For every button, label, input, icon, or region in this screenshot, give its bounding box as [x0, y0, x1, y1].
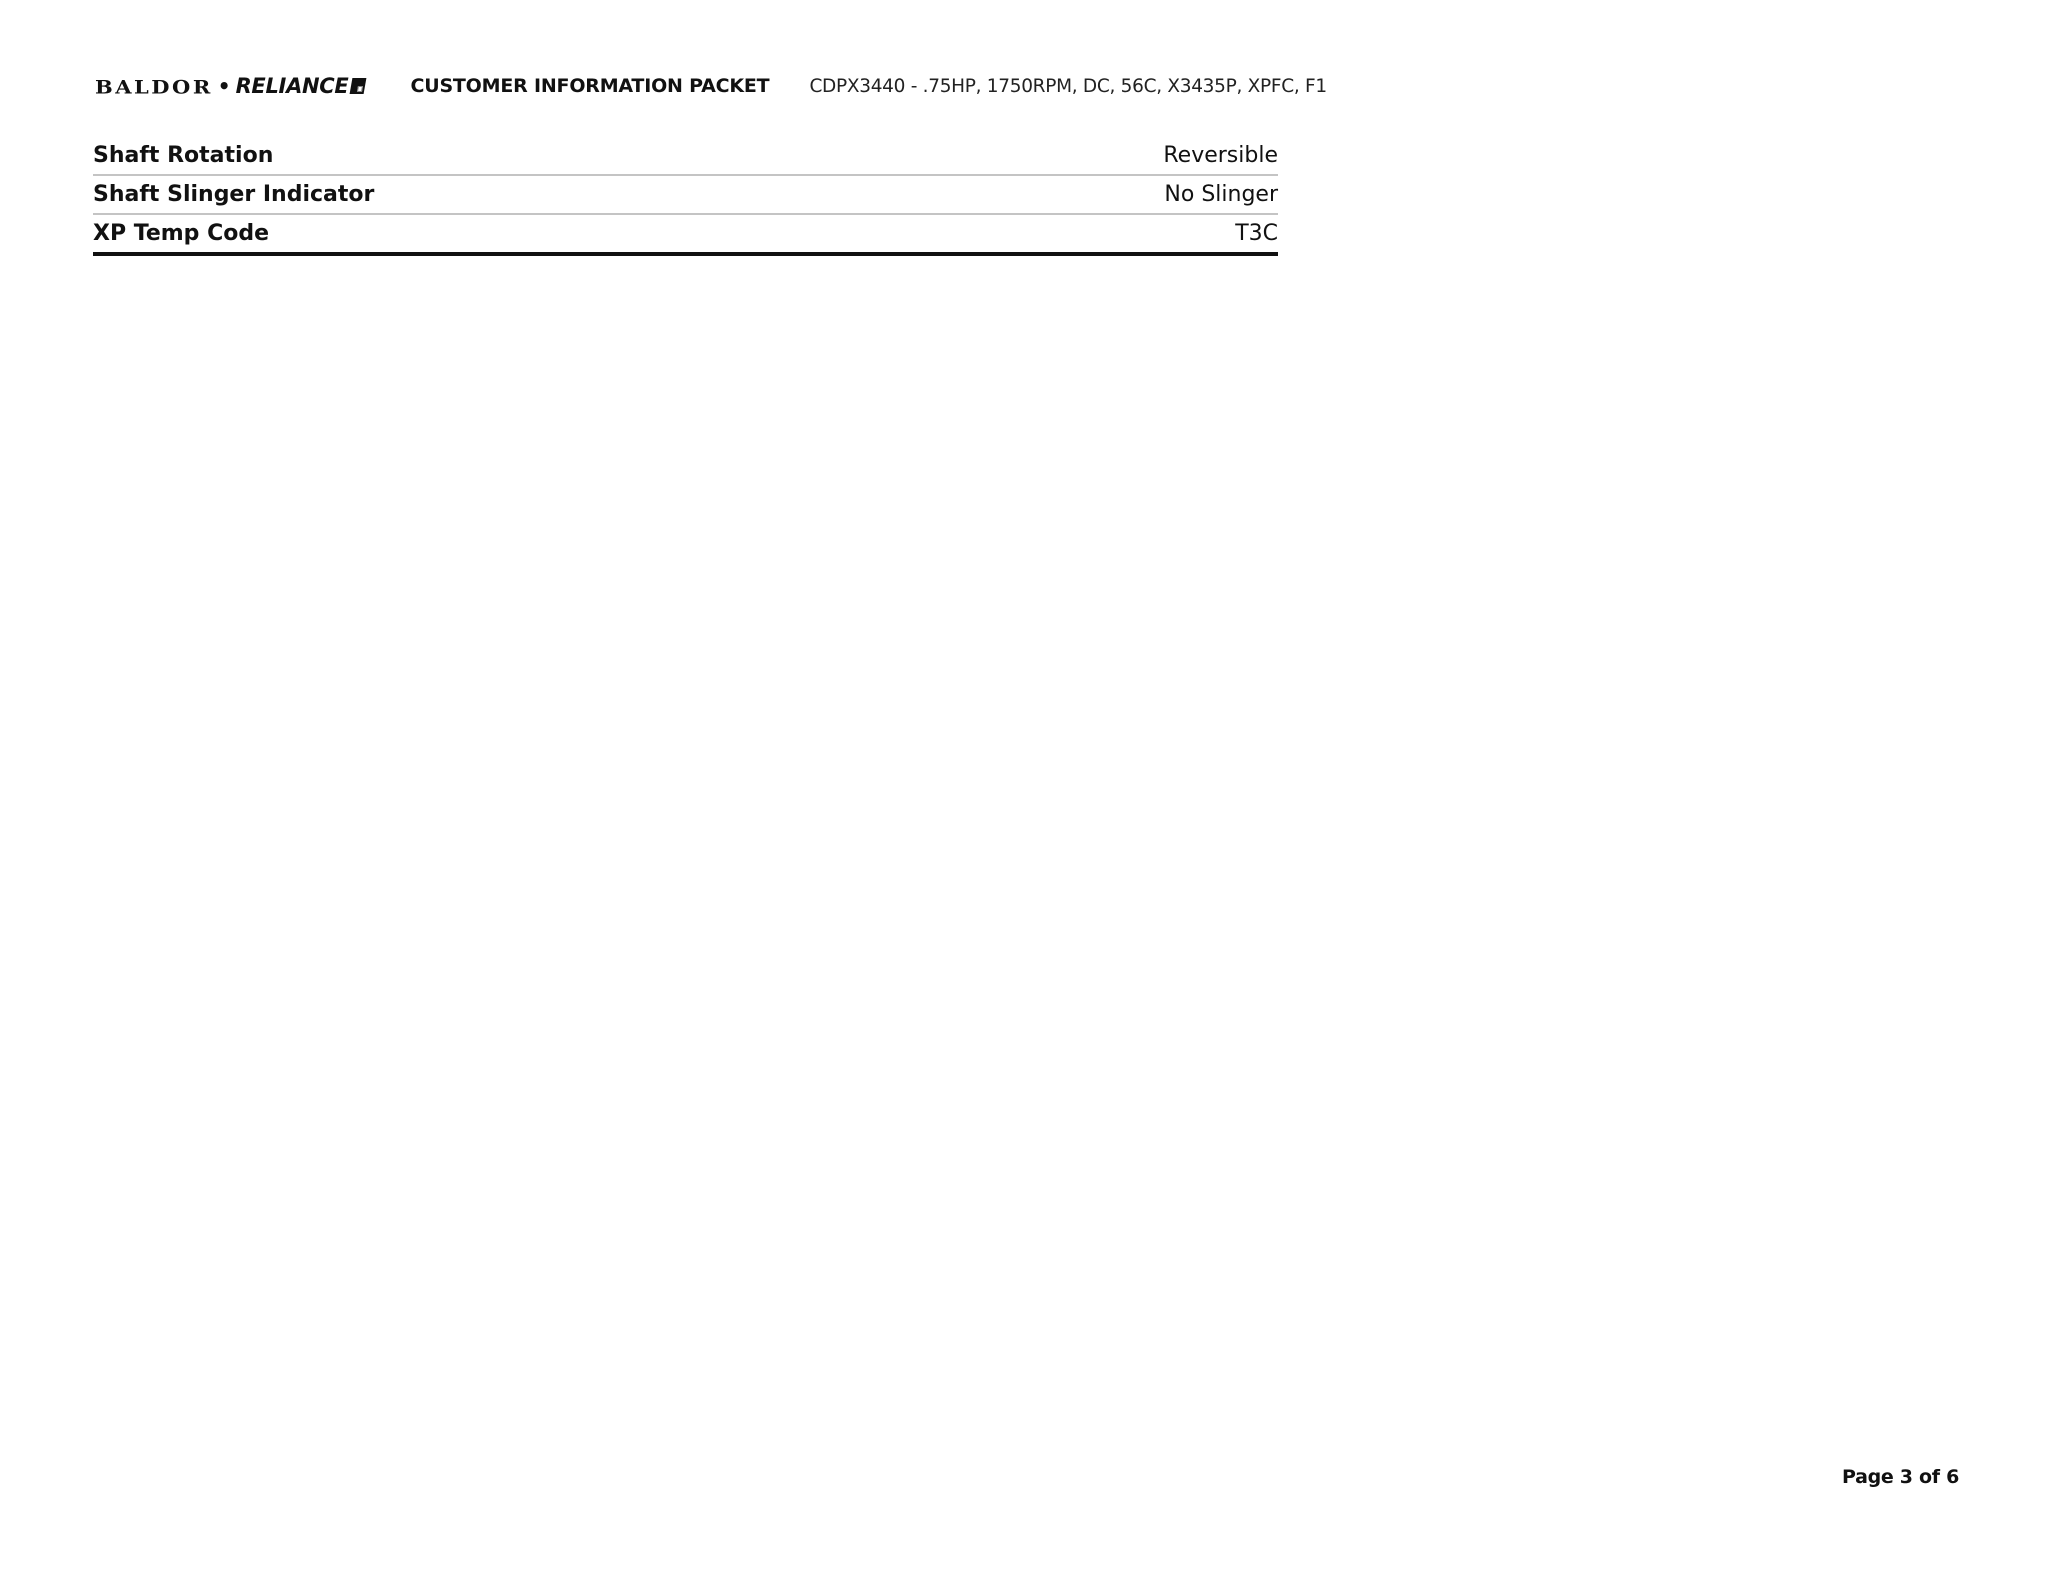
product-description: CDPX3440 - .75HP, 1750RPM, DC, 56C, X343… [809, 76, 1326, 97]
spec-label: XP Temp Code [93, 221, 269, 246]
spec-value: No Slinger [1164, 182, 1278, 207]
spec-label: Shaft Slinger Indicator [93, 182, 374, 207]
logo-reliance-text: RELIANCE [236, 74, 349, 98]
page-number: Page 3 of 6 [1842, 1466, 1959, 1488]
document-title: CUSTOMER INFORMATION PACKET [410, 75, 769, 97]
logo-separator: • [218, 74, 231, 98]
table-row: Shaft Slinger Indicator No Slinger [93, 176, 1278, 215]
spec-value: Reversible [1163, 143, 1278, 168]
brand-logo: BALDOR • RELIANCE [95, 70, 365, 102]
page-header: BALDOR • RELIANCE CUSTOMER INFORMATION P… [95, 70, 1327, 102]
spec-value: T3C [1235, 221, 1278, 246]
table-row: XP Temp Code T3C [93, 215, 1278, 252]
logo-mark-icon [350, 78, 367, 94]
spec-label: Shaft Rotation [93, 143, 273, 168]
table-row: Shaft Rotation Reversible [93, 137, 1278, 176]
spec-table: Shaft Rotation Reversible Shaft Slinger … [93, 137, 1278, 256]
logo-baldor-text: BALDOR [95, 75, 213, 98]
